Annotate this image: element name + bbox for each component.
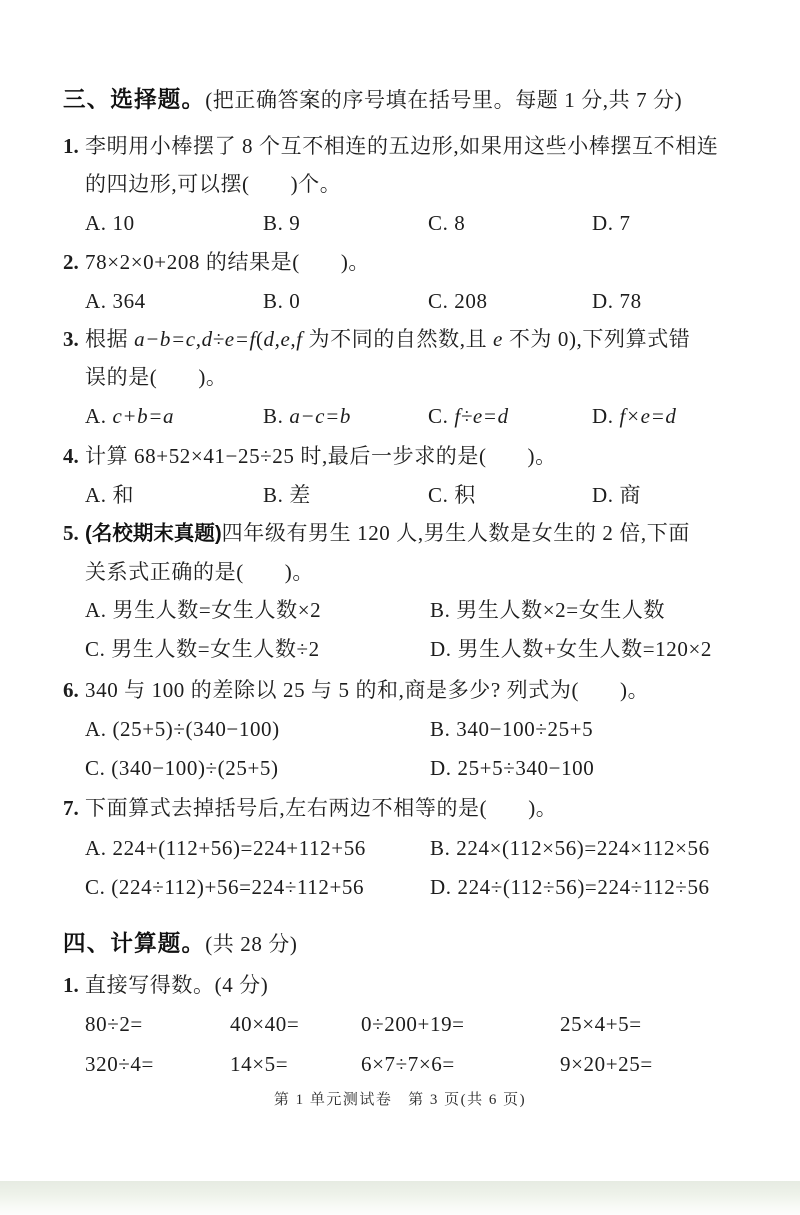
question-7-options-cd: C. (224÷112)+56=224÷112+56 D. 224÷(112÷5… <box>85 873 710 901</box>
question-4-line-1: 4.计算 68+52×41−25÷25 时,最后一步求的是( )。 <box>63 442 557 470</box>
question-5-options-ab: A. 男生人数=女生人数×2 B. 男生人数×2=女生人数 <box>85 596 665 624</box>
option-a: A. (25+5)÷(340−100) <box>85 715 430 743</box>
question-3-math-1: a−b=c,d÷e=f <box>134 327 256 351</box>
question-3-paren: ( <box>256 327 264 351</box>
option-a: A. 224+(112+56)=224+112+56 <box>85 834 430 862</box>
question-1-line-2: 的四边形,可以摆( )个。 <box>85 170 341 198</box>
calc-item: 320÷4= <box>85 1050 230 1078</box>
question-3-math-2: d,e,f <box>264 327 303 351</box>
calc-item: 0÷200+19= <box>361 1010 560 1038</box>
option-c: C. 208 <box>428 287 592 315</box>
option-a: A. 364 <box>85 287 263 315</box>
option-a: A. 和 <box>85 481 263 509</box>
option-d: D. f×e=d <box>592 402 676 430</box>
section4-title: 四、计算题。 <box>63 931 205 956</box>
section3-note: (把正确答案的序号填在括号里。每题 1 分,共 7 分) <box>205 88 682 112</box>
question-5-options-cd: C. 男生人数=女生人数÷2 D. 男生人数+女生人数=120×2 <box>85 635 712 663</box>
option-b: B. 0 <box>263 287 428 315</box>
question-4-options: A. 和 B. 差 C. 积 D. 商 <box>85 481 641 509</box>
calc-question-1-number: 1. <box>63 971 85 999</box>
option-d-expr: f×e=d <box>619 404 676 428</box>
question-3-options: A. c+b=a B. a−c=b C. f÷e=d D. f×e=d <box>85 402 676 430</box>
calc-item: 40×40= <box>230 1010 361 1038</box>
calc-row-1: 80÷2= 40×40= 0÷200+19= 25×4+5= <box>85 1010 642 1038</box>
calc-item: 80÷2= <box>85 1010 230 1038</box>
page-footer: 第 1 单元测试卷 第 3 页(共 6 页) <box>0 1088 800 1109</box>
question-5-text-cont: 关系式正确的是( )。 <box>85 560 314 584</box>
option-a-expr: c+b=a <box>112 404 174 428</box>
question-2-number: 2. <box>63 248 85 276</box>
option-b-label: B. <box>263 404 289 428</box>
option-c-expr: f÷e=d <box>454 404 508 428</box>
question-3-number: 3. <box>63 325 85 353</box>
option-a: A. 男生人数=女生人数×2 <box>85 596 430 624</box>
question-3-text-cont: 误的是( )。 <box>85 365 228 389</box>
calc-item: 25×4+5= <box>560 1010 642 1038</box>
option-c: C. 积 <box>428 481 592 509</box>
calc-item: 6×7÷7×6= <box>361 1050 560 1078</box>
question-3-text-2: 为不同的自然数,且 <box>303 327 493 351</box>
question-3-math-3: e <box>493 327 503 351</box>
question-5-line-2: 关系式正确的是( )。 <box>85 558 314 586</box>
option-a-label: A. <box>85 404 112 428</box>
option-d: D. 男生人数+女生人数=120×2 <box>430 635 712 663</box>
question-4-text: 计算 68+52×41−25÷25 时,最后一步求的是( )。 <box>85 444 557 468</box>
option-c: C. 8 <box>428 209 592 237</box>
option-c: C. 男生人数=女生人数÷2 <box>85 635 430 663</box>
question-7-text: 下面算式去掉括号后,左右两边不相等的是( )。 <box>85 796 557 820</box>
question-4-number: 4. <box>63 442 85 470</box>
question-3-line-2: 误的是( )。 <box>85 363 228 391</box>
question-6-text: 340 与 100 的差除以 25 与 5 的和,商是多少? 列式为( )。 <box>85 678 649 702</box>
section3-header: 三、选择题。(把正确答案的序号填在括号里。每题 1 分,共 7 分) <box>63 86 682 114</box>
calc-question-1-text: 直接写得数。 <box>85 973 215 997</box>
option-c: C. (224÷112)+56=224÷112+56 <box>85 873 430 901</box>
option-d: D. 78 <box>592 287 642 315</box>
option-d-label: D. <box>592 404 619 428</box>
option-d: D. 7 <box>592 209 631 237</box>
option-c-label: C. <box>428 404 454 428</box>
question-3-text-3: 不为 0),下列算式错 <box>503 327 690 351</box>
option-c: C. (340−100)÷(25+5) <box>85 754 430 782</box>
question-6-line-1: 6.340 与 100 的差除以 25 与 5 的和,商是多少? 列式为( )。 <box>63 676 649 704</box>
question-1-options: A. 10 B. 9 C. 8 D. 7 <box>85 209 631 237</box>
test-paper-page: 三、选择题。(把正确答案的序号填在括号里。每题 1 分,共 7 分) 1.李明用… <box>0 0 800 1215</box>
calc-item: 9×20+25= <box>560 1050 653 1078</box>
option-b: B. a−c=b <box>263 402 428 430</box>
option-b-expr: a−c=b <box>289 404 351 428</box>
question-6-options-cd: C. (340−100)÷(25+5) D. 25+5÷340−100 <box>85 754 594 782</box>
option-b: B. 340−100÷25+5 <box>430 715 593 743</box>
question-1-number: 1. <box>63 132 85 160</box>
option-a: A. c+b=a <box>85 402 263 430</box>
question-2-line-1: 2.78×2×0+208 的结果是( )。 <box>63 248 370 276</box>
option-c: C. f÷e=d <box>428 402 592 430</box>
question-5-text: 四年级有男生 120 人,男生人数是女生的 2 倍,下面 <box>222 521 690 545</box>
option-b: B. 224×(112×56)=224×112×56 <box>430 834 710 862</box>
question-7-number: 7. <box>63 794 85 822</box>
question-1-text: 李明用小棒摆了 8 个互不相连的五边形,如果用这些小棒摆互不相连 <box>85 134 718 158</box>
section4-note: (共 28 分) <box>205 932 297 956</box>
option-d: D. 25+5÷340−100 <box>430 754 594 782</box>
calc-question-1: 1.直接写得数。(4 分) <box>63 971 268 999</box>
section4-header: 四、计算题。(共 28 分) <box>63 930 298 958</box>
option-b: B. 男生人数×2=女生人数 <box>430 596 665 624</box>
calc-question-1-points: (4 分) <box>215 973 269 997</box>
option-d: D. 商 <box>592 481 641 509</box>
question-6-number: 6. <box>63 676 85 704</box>
question-3-line-1: 3.根据 a−b=c,d÷e=f(d,e,f 为不同的自然数,且 e 不为 0)… <box>63 325 690 353</box>
bottom-scan-shade <box>0 1181 800 1215</box>
option-b: B. 9 <box>263 209 428 237</box>
question-3-text: 根据 <box>85 327 134 351</box>
section3-title: 三、选择题。 <box>63 87 205 112</box>
option-b: B. 差 <box>263 481 428 509</box>
option-d: D. 224÷(112÷56)=224÷112÷56 <box>430 873 710 901</box>
question-2-text: 78×2×0+208 的结果是( )。 <box>85 250 370 274</box>
calc-item: 14×5= <box>230 1050 361 1078</box>
question-1-line-1: 1.李明用小棒摆了 8 个互不相连的五边形,如果用这些小棒摆互不相连 <box>63 132 718 160</box>
question-7-options-ab: A. 224+(112+56)=224+112+56 B. 224×(112×5… <box>85 834 710 862</box>
question-7-line-1: 7.下面算式去掉括号后,左右两边不相等的是( )。 <box>63 794 557 822</box>
question-5-line-1: 5.(名校期末真题)四年级有男生 120 人,男生人数是女生的 2 倍,下面 <box>63 519 690 547</box>
option-a: A. 10 <box>85 209 263 237</box>
question-2-options: A. 364 B. 0 C. 208 D. 78 <box>85 287 642 315</box>
question-5-number: 5. <box>63 519 85 547</box>
question-6-options-ab: A. (25+5)÷(340−100) B. 340−100÷25+5 <box>85 715 593 743</box>
question-1-text-cont: 的四边形,可以摆( )个。 <box>85 172 341 196</box>
question-5-source-tag: (名校期末真题) <box>85 522 222 545</box>
calc-row-2: 320÷4= 14×5= 6×7÷7×6= 9×20+25= <box>85 1050 653 1078</box>
